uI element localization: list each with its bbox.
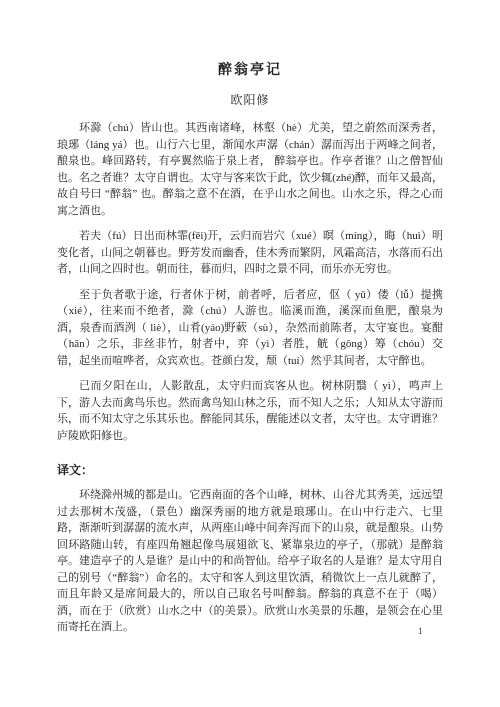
document-title: 醉翁亭记 (57, 62, 443, 80)
original-paragraph-3: 至于负者歌于途，行者休于树，前者呼，后者应，伛（ yǔ）偻（lǚ）提携（xié）… (57, 287, 443, 370)
original-paragraph-4: 已而夕阳在山，人影散乱，太守归而宾客从也。树林阴翳（ yì），鸣声上下，游人去而… (57, 378, 443, 444)
page-number: 1 (418, 626, 423, 636)
original-paragraph-1: 环滁（chú）皆山也。其西南诸峰，林壑（hè）尤美，望之蔚然而深秀者，琅琊（lá… (57, 120, 443, 219)
document-author: 欧阳修 (57, 93, 443, 108)
translation-section: 译文： 环绕滁州城的都是山。它西南面的各个山峰，树林、山谷尤其秀美，远远望过去那… (57, 462, 443, 636)
original-text-section: 环滁（chú）皆山也。其西南诸峰，林壑（hè）尤美，望之蔚然而深秀者，琅琊（lá… (57, 120, 443, 444)
translation-paragraph-1: 环绕滁州城的都是山。它西南面的各个山峰，树林、山谷尤其秀美，远远望过去那树木茂盛… (57, 487, 443, 636)
translation-heading: 译文： (57, 462, 443, 478)
original-paragraph-2: 若夫（fú）日出而林霏(fēi)开，云归而岩穴（xué）暝（míng），晦（hu… (57, 228, 443, 278)
document-page: 醉翁亭记 欧阳修 环滁（chú）皆山也。其西南诸峰，林壑（hè）尤美，望之蔚然而… (0, 0, 500, 707)
